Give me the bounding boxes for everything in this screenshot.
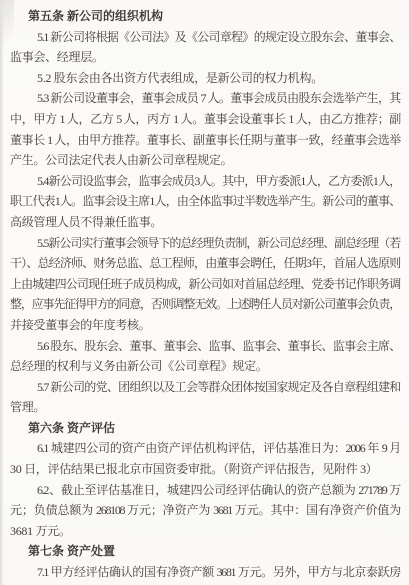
document-line: 上由城建四公司现任班子成员构成，新公司如对首届总经理、党委书记作职务调	[10, 274, 400, 295]
document-line: 整，应事先征得甲方的同意，否则调整无效。上述聘任人员对新公司董事会负责，	[10, 294, 400, 315]
document-line: 5.7 新公司的党、团组织以及工会等群众团体按国家规定及各自章程组建和	[10, 377, 400, 398]
document-line: 高级管理人员不得兼任监事。	[10, 212, 400, 233]
document-line: 5.5新公司实行董事会领导下的总经理负责制，新公司总经理、副总经理（若	[10, 233, 400, 254]
document-line: 元；负债总额为 268108 万元；净资产为 3681 万元。其中：国有净资产价…	[10, 500, 400, 521]
document-line: 并接受董事会的年度考核。	[10, 315, 400, 336]
document-line: 7.1 甲方经评估确认的国有净资产额 3681 万元。另外，甲方与北京泰跃房	[10, 562, 400, 583]
document-line: 管理。	[10, 397, 400, 418]
article-heading-6: 第六条 资产评估	[10, 418, 400, 439]
document-line: 总经理的权利与义务由新公司《公司章程》规定。	[10, 356, 400, 377]
scanned-document-page: 第五条 新公司的组织机构 5.1 新公司将根据《公司法》及《公司章程》的规定设立…	[0, 0, 409, 585]
document-line: 产生。公司法定代表人由新公司章程规定。	[10, 150, 400, 171]
document-line: 6.2、截止至评估基准日，城建四公司经评估确认的资产总额为 271789 万	[10, 480, 400, 501]
document-line: 职工代表1人。监事会设主席1人，由全体监事过半数选举产生。新公司的董事、	[10, 191, 400, 212]
document-line: 董事长 1 人，由甲方推荐。董事长、副董事长任期与董事一致，经董事会选举	[10, 130, 400, 151]
document-line: 5.3 新公司设董事会，董事会成员 7 人。董事会成员由股东会选举产生，其	[10, 88, 400, 109]
document-line: 监事会、经理层。	[10, 47, 400, 68]
document-line: 5.6 股东、股东会、董事、董事会、监事、监事会、董事长、监事会主席、	[10, 336, 400, 357]
document-line: 5.1 新公司将根据《公司法》及《公司章程》的规定设立股东会、董事会、	[10, 27, 400, 48]
document-line: 干）、总经济师、财务总监、总工程师，由董事会聘任，任期3年，首届人选原则	[10, 253, 400, 274]
article-heading-7: 第七条 资产处置	[10, 541, 400, 562]
document-line: 5.4新公司设监事会，监事会成员3人。其中，甲方委派1人，乙方委派1人，	[10, 171, 400, 192]
document-text-block: 第五条 新公司的组织机构 5.1 新公司将根据《公司法》及《公司章程》的规定设立…	[10, 6, 400, 583]
article-heading-5: 第五条 新公司的组织机构	[10, 6, 400, 27]
document-line: 3681 万元。	[10, 521, 400, 542]
document-line: 5.2 股东会由各出资方代表组成，是新公司的权力机构。	[10, 68, 400, 89]
document-line: 中，甲方 1 人，乙方 5 人，丙方 1 人。董事会设董事长 1 人，由乙方推荐…	[10, 109, 400, 130]
document-line: 30 日，评估结果已报北京市国资委审批。（附资产评估报告，见附件 3）	[10, 459, 400, 480]
document-line: 6.1 城建四公司的资产由资产评估机构评估，评估基准日为：2006 年 9 月	[10, 438, 400, 459]
scan-edge-shadow	[0, 0, 4, 585]
